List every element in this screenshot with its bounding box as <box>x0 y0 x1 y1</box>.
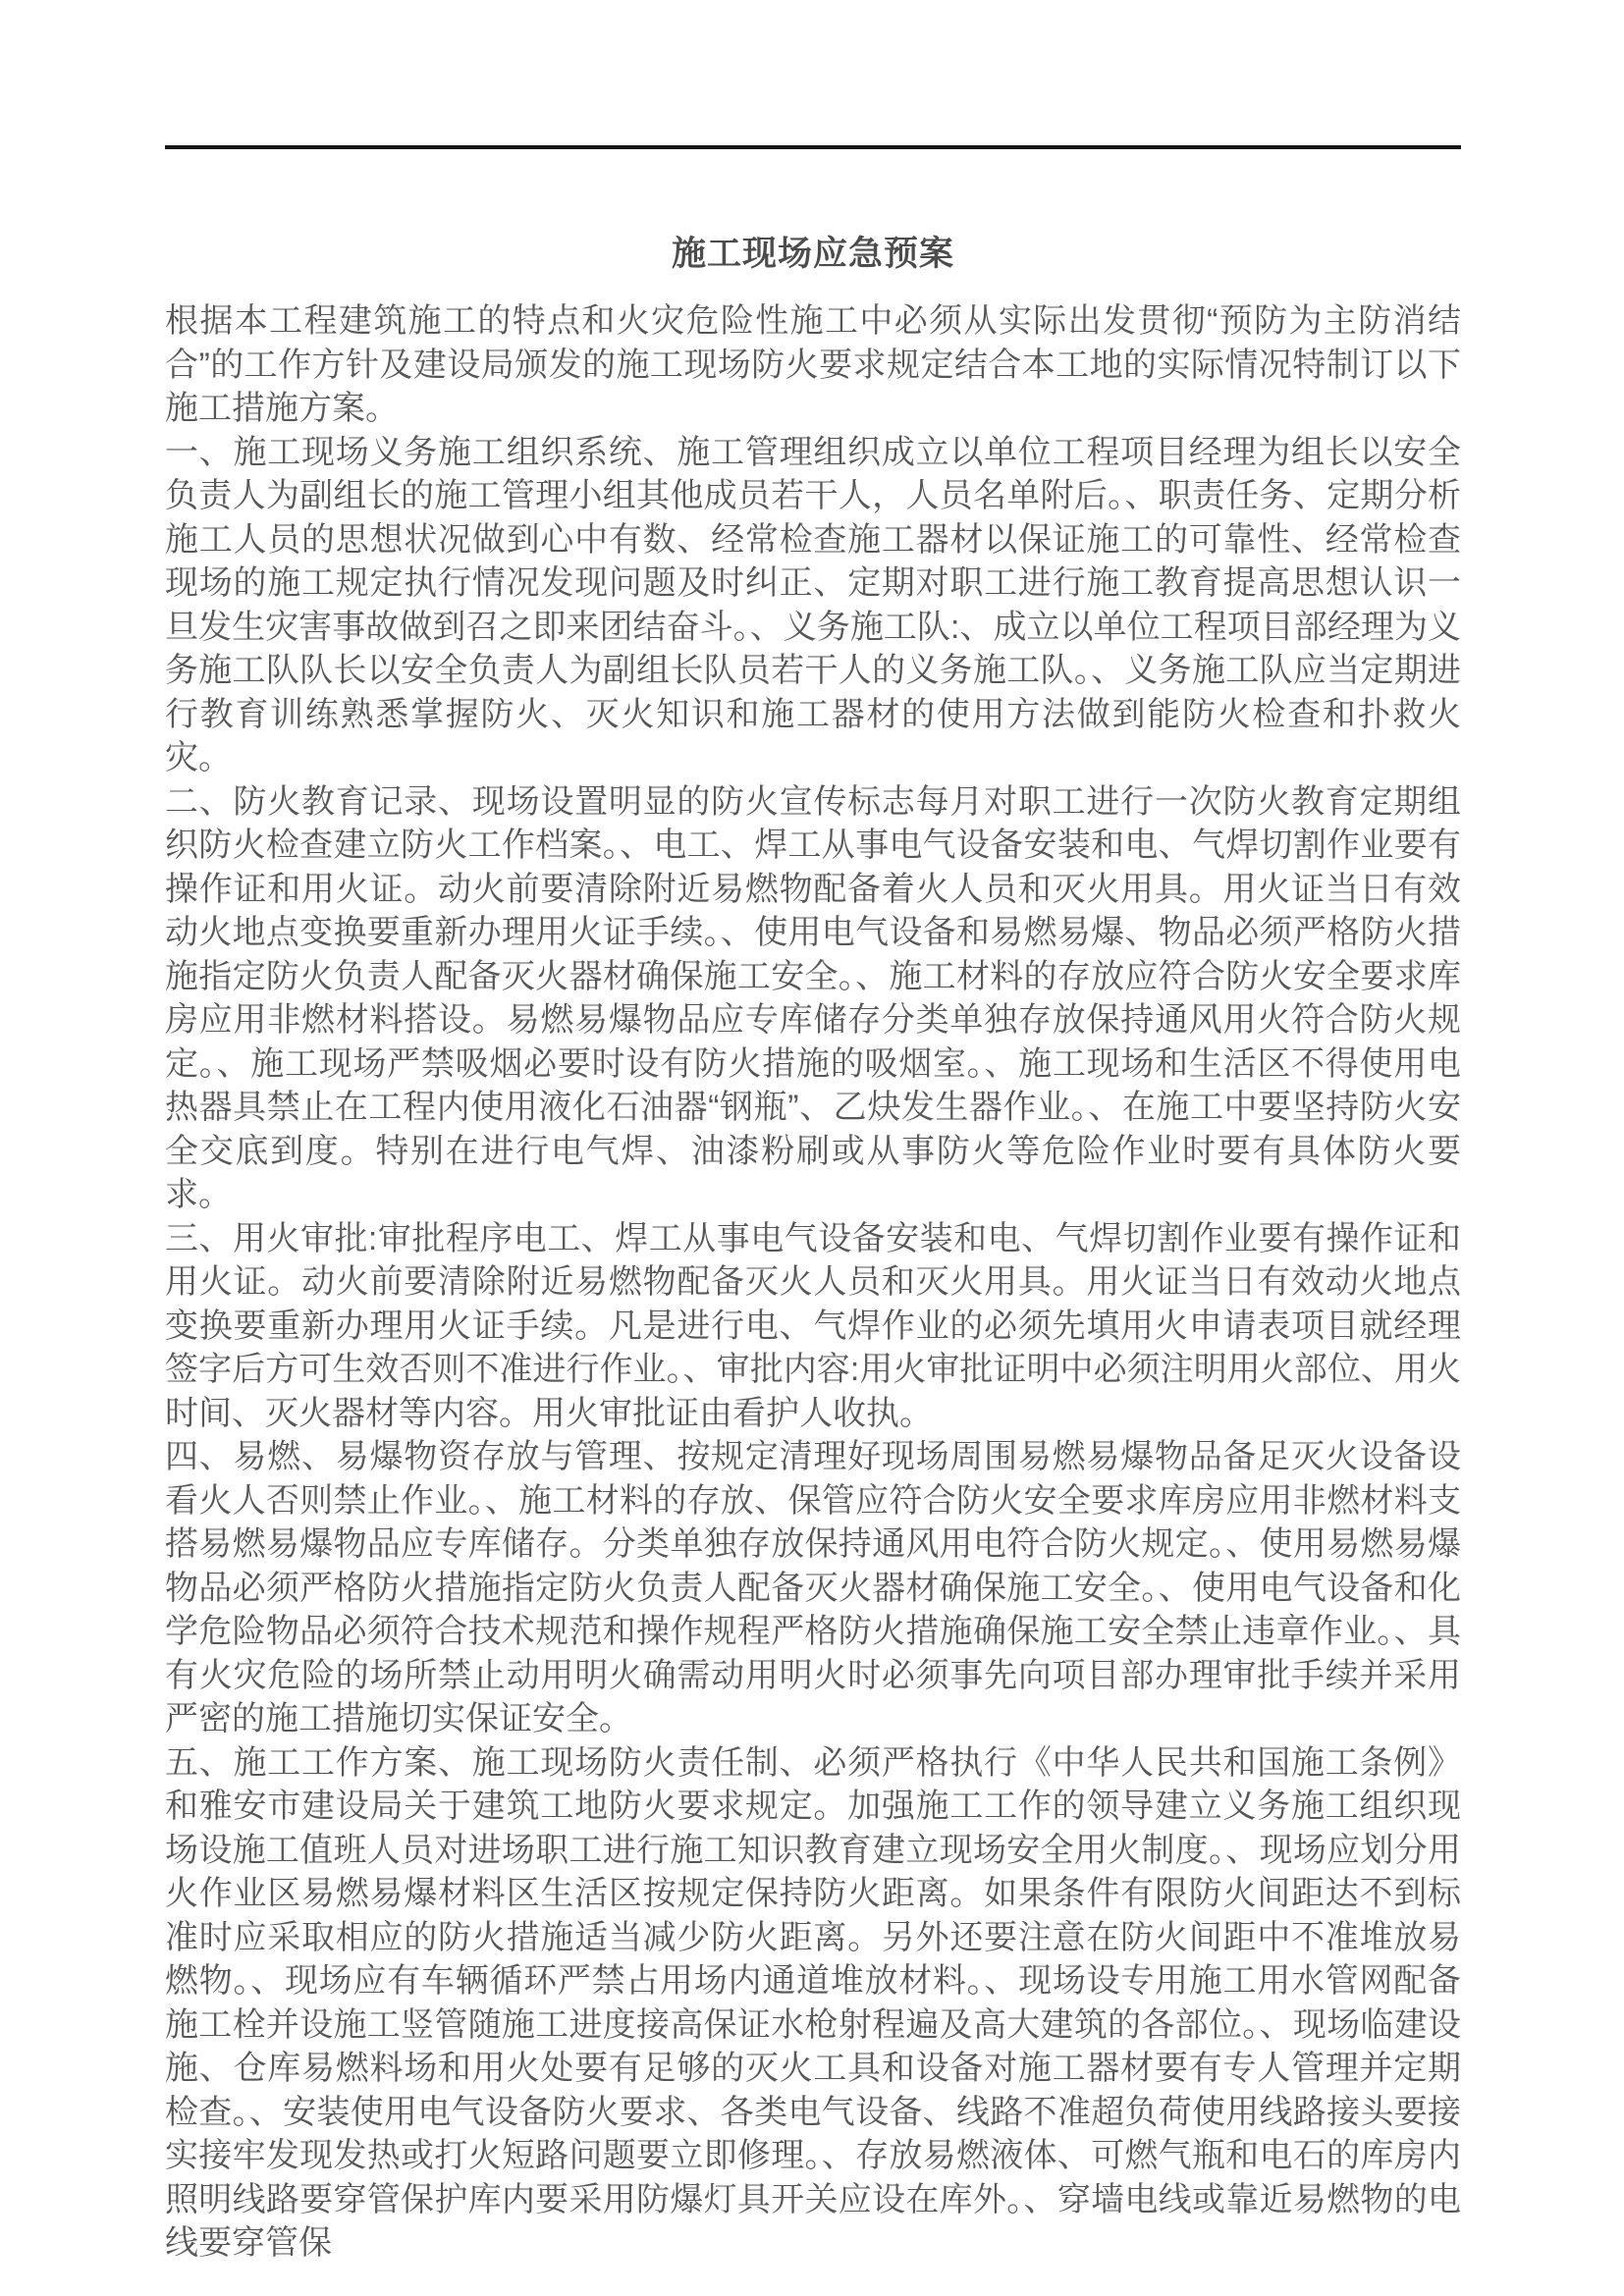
paragraph-section-4: 四、易燃、易爆物资存放与管理、按规定清理好现场周围易燃易爆物品备足灭火设备设看火… <box>165 1435 1461 1741</box>
paragraph-section-1: 一、施工现场义务施工组织系统、施工管理组织成立以单位工程项目经理为组长以安全负责… <box>165 431 1461 780</box>
paragraph-intro: 根据本工程建筑施工的特点和火灾危险性施工中必须从实际出发贯彻“预防为主防消结合”… <box>165 299 1461 431</box>
top-divider <box>165 145 1461 149</box>
paragraph-section-5: 五、施工工作方案、施工现场防火责任制、必须严格执行《中华人民共和国施工条例》和雅… <box>165 1741 1461 2266</box>
paragraph-section-3: 三、用火审批:审批程序电工、焊工从事电气设备安装和电、气焊切割作业要有操作证和用… <box>165 1217 1461 1436</box>
paragraph-section-2: 二、防火教育记录、现场设置明显的防火宣传标志每月对职工进行一次防火教育定期组织防… <box>165 780 1461 1217</box>
document-content: 施工现场应急预案 根据本工程建筑施工的特点和火灾危险性施工中必须从实际出发贯彻“… <box>165 145 1461 2266</box>
document-body: 根据本工程建筑施工的特点和火灾危险性施工中必须从实际出发贯彻“预防为主防消结合”… <box>165 299 1461 2266</box>
document-page: 施工现场应急预案 根据本工程建筑施工的特点和火灾危险性施工中必须从实际出发贯彻“… <box>0 0 1624 2296</box>
document-title: 施工现场应急预案 <box>165 233 1461 276</box>
